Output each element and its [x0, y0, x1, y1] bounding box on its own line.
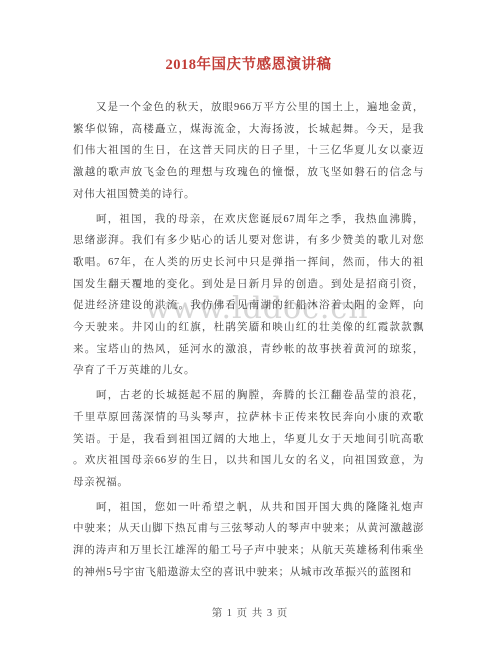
- paragraph-line: 今天驶来。井冈山的红旗，杜鹃笑靥和映山红的壮美像的红霞款款飘: [73, 317, 424, 339]
- paragraph-line: 呵，祖国，您如一叶希望之帆，从共和国开国大典的隆隆礼炮声: [73, 497, 424, 519]
- paragraph-line: 孕育了千万英雄的儿女。: [73, 360, 424, 382]
- paragraph-line: 对伟大祖国赞美的诗行。: [73, 184, 424, 206]
- paragraph-line: 来。宝塔山的热风，延河水的激浪，青纱帐的故事挟着黄河的琼浆，: [73, 339, 424, 361]
- document-title: 2018年国庆节感恩演讲稿: [73, 57, 424, 73]
- document-body: 又是一个金色的秋天，放眼966万平方公里的国土上，遍地金黄，繁华似锦，高楼矗立，…: [73, 97, 424, 583]
- paragraph-line: 的神州5号宇宙飞船遨游太空的喜讯中驶来；从城市改革振兴的蓝图和: [73, 562, 424, 584]
- paragraph-line: 繁华似锦，高楼矗立，煤海流金，大海扬波，长城起舞。今天，是我: [73, 119, 424, 141]
- paragraph-line: 国发生翻天覆地的变化。到处是日新月异的创造。到处是招商引资，: [73, 274, 424, 296]
- paragraph: 呵，古老的长城挺起不屈的胸膛，奔腾的长江翻卷晶莹的浪花，千里草原回荡深情的马头琴…: [73, 385, 424, 494]
- paragraph-line: 们伟大祖国的生日，在这普天同庆的日子里，十三亿华夏儿女以豪迈: [73, 140, 424, 162]
- paragraph: 呵，祖国，您如一叶希望之帆，从共和国开国大典的隆隆礼炮声中驶来；从天山脚下热瓦甫…: [73, 497, 424, 584]
- paragraph-line: 歌唱。67年，在人类的历史长河中只是弹指一挥间，然而，伟大的祖: [73, 252, 424, 274]
- paragraph-line: 母亲祝福。: [73, 472, 424, 494]
- document-content: 2018年国庆节感恩演讲稿 又是一个金色的秋天，放眼966万平方公里的国土上，遍…: [73, 57, 424, 583]
- paragraph-line: 促进经济建设的洪流。我仿佛看见南湖的红船沐浴着太阳的金辉，向: [73, 295, 424, 317]
- paragraph-line: 呵，祖国，我的母亲，在欢庆您诞辰67周年之季，我热血沸腾，: [73, 209, 424, 231]
- page-number-indicator: 第 1 页 共 3 页: [212, 608, 289, 619]
- paragraph: 呵，祖国，我的母亲，在欢庆您诞辰67周年之季，我热血沸腾，思绪澎湃。我们有多少贴…: [73, 209, 424, 383]
- paragraph-line: 又是一个金色的秋天，放眼966万平方公里的国土上，遍地金黄，: [73, 97, 424, 119]
- page-footer: 第 1 页 共 3 页: [0, 605, 500, 620]
- paragraph-line: 。欢庆祖国母亲66岁的生日，以共和国儿女的名义，向祖国致意，为: [73, 450, 424, 472]
- paragraph-line: 中驶来；从天山脚下热瓦甫与三弦琴动人的琴声中驶来；从黄河激越澎: [73, 518, 424, 540]
- paragraph-line: 湃的涛声和万里长江雄浑的船工号子声中驶来；从航天英雄杨利伟乘坐: [73, 540, 424, 562]
- paragraph-line: 激越的歌声放飞金色的理想与玫瑰色的憧憬，放飞坚如磐石的信念与: [73, 162, 424, 184]
- paragraph-line: 呵，古老的长城挺起不屈的胸膛，奔腾的长江翻卷晶莹的浪花，: [73, 385, 424, 407]
- paragraph-line: 千里草原回荡深情的马头琴声，拉萨林卡正传来牧民奔向小康的欢歌: [73, 407, 424, 429]
- paragraph: 又是一个金色的秋天，放眼966万平方公里的国土上，遍地金黄，繁华似锦，高楼矗立，…: [73, 97, 424, 206]
- document-page: www.lddoc.cn 2018年国庆节感恩演讲稿 又是一个金色的秋天，放眼9…: [0, 0, 500, 648]
- paragraph-line: 思绪澎湃。我们有多少贴心的话儿要对您讲，有多少赞美的歌儿对您: [73, 230, 424, 252]
- paragraph-line: 笑语。于是，我看到祖国辽阔的大地上，华夏儿女于天地间引吭高歌: [73, 429, 424, 451]
